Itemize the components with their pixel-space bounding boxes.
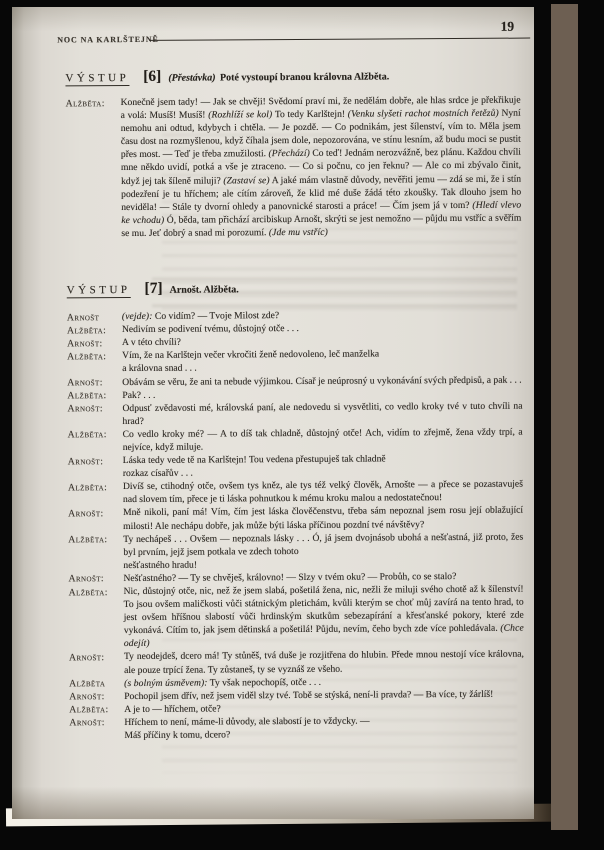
speaker-label: Arnošt: [69, 717, 105, 730]
dialogue-text: Vím, že na Karlštejn večer vkročiti ženě… [122, 349, 379, 362]
speech: Alžběta:Nic, důstojný otče, nic, než že … [124, 583, 524, 651]
scene-label: VÝSTUP [65, 72, 129, 86]
scene-intro: (Přestávka) Poté vystoupí branou královn… [168, 71, 389, 83]
speaker-label: Alžběta: [66, 97, 105, 110]
speaker-label: Alžběta: [67, 350, 106, 363]
scene-intro: Arnošt. Alžběta. [170, 284, 239, 295]
speaker-label: Alžběta: [69, 703, 108, 716]
dialogue-text: Ty však nepochopíš, otče . . . [208, 677, 322, 689]
scene-number: [6] [143, 68, 161, 85]
speaker-label: Arnošt: [67, 376, 103, 389]
scene-body: Arnošt(vejde): Co vidím? — Tvoje Milost … [122, 308, 525, 743]
speech: Alžběta:Ty nechápeš . . . Ovšem — nepozn… [123, 530, 523, 572]
dialogue-text: Nic, důstojný otče, nic, než že jsem sla… [124, 584, 524, 637]
speaker-label: Alžběta: [68, 481, 107, 494]
dialogue-text: a královna snad . . . [122, 363, 197, 374]
scene: VÝSTUP[7]Arnošt. Alžběta.Arnošt(vejde): … [59, 278, 534, 743]
speaker-label: Alžběta: [68, 429, 107, 442]
dialogue-text: Hříchem to není, máme-li důvody, ale sla… [124, 715, 369, 727]
dialogue-text: Ty nechápeš . . . Ovšem — nepoznals lásk… [123, 531, 523, 558]
speaker-label: Arnošt: [69, 651, 105, 664]
speaker-label: Alžběta: [67, 389, 106, 402]
dialogue-text: Láska tedy vede tě na Karlštejn! Tou ved… [123, 454, 386, 467]
stage-direction: (s bolným úsměvem): [124, 677, 207, 689]
page-header: NOC NA KARLŠTEJNĚ 19 [57, 26, 530, 45]
page-content: NOC NA KARLŠTEJNĚ 19 VÝSTUP[6](Přestávka… [57, 7, 534, 819]
speech: Arnošt:Ty neodejdeš, dcero má! Ty stůněš… [124, 648, 524, 677]
speaker-label: Alžběta: [69, 586, 108, 599]
stage-direction: (Zastaví se) [223, 175, 269, 186]
speaker-label: Arnošt: [69, 690, 105, 703]
scene-header: VÝSTUP[7]Arnošt. Alžběta. [59, 278, 532, 299]
stage-direction: (Přechází) [268, 148, 310, 159]
page-stack-edge [551, 4, 578, 830]
stage-direction: (Přestávka) [168, 72, 218, 83]
book-page: NOC NA KARLŠTEJNĚ 19 VÝSTUP[6](Přestávka… [12, 7, 534, 819]
speech: Alžběta:Co vedlo kroky mé? — A to díš ta… [123, 425, 523, 454]
speaker-label: Arnošt [67, 311, 100, 324]
scenes: VÝSTUP[6](Přestávka) Poté vystoupí brano… [57, 66, 534, 743]
speaker-label: Arnošt: [67, 402, 103, 415]
speech: Arnošt:Hříchem to není, máme-li důvody, … [124, 714, 524, 743]
scene-number: [7] [144, 280, 162, 297]
speech: Arnošt:Láska tedy vede tě na Karlštejn! … [123, 452, 523, 481]
dialogue-text: Mně nikoli, paní má! Vím, čím jest láska… [123, 505, 523, 532]
header-rule [149, 38, 530, 41]
scene: VÝSTUP[6](Přestávka) Poté vystoupí brano… [57, 66, 531, 241]
running-head: NOC NA KARLŠTEJNĚ [57, 35, 159, 45]
dialogue-text: Nešťastného? — Ty se chvěješ, královno! … [123, 571, 456, 584]
dialogue-text: nešťastného hradu! [123, 559, 197, 570]
speaker-label: Arnošt: [68, 573, 104, 586]
dialogue-text: Obávám se věru, že ani ta nebude výjimko… [122, 374, 521, 387]
dialogue-text: A je to — hříchem, otče? [124, 703, 221, 715]
speech: Arnošt:Odpusť zvědavosti mé, královská p… [122, 399, 522, 428]
speaker-label: Arnošt: [68, 507, 104, 520]
speech: Alžběta:Konečně jsem tady! — Jak se chvě… [121, 94, 522, 240]
speech: Arnošt:Mně nikoli, paní má! Vím, čím jes… [123, 504, 523, 533]
dialogue-text: To tedy Karlštejn! [272, 109, 348, 120]
speaker-label: Alžběta [69, 677, 105, 690]
dialogue-text: Ty neodejdeš, dcero má! Ty stůněš, tvá d… [124, 649, 524, 676]
scene-header: VÝSTUP[6](Přestávka) Poté vystoupí brano… [57, 66, 530, 87]
dialogue-text: Divíš se, ctihodný otče, ovšem tys kněz,… [123, 479, 523, 506]
speaker-label: Arnošt: [67, 337, 103, 350]
dialogue-text: Arnošt. Alžběta. [170, 284, 239, 295]
scene-body: Alžběta:Konečně jsem tady! — Jak se chvě… [121, 94, 522, 240]
stage-direction: (Venku slyšeti rachot mostních řetězů) [348, 108, 499, 120]
dialogue-text: Poté vystoupí branou královna Alžběta. [220, 71, 389, 83]
scene-label: VÝSTUP [67, 284, 131, 298]
stage-direction: (vejde): [122, 311, 153, 322]
stage-direction: (Jde mu vstříc) [269, 227, 328, 238]
dialogue-text: Pak? . . . [122, 389, 155, 400]
dialogue-text: Pochopil jsem dřív, než jsem viděl slzy … [124, 689, 493, 702]
book-photo: NOC NA KARLŠTEJNĚ 19 VÝSTUP[6](Přestávka… [0, 0, 604, 850]
speech: Alžběta:Divíš se, ctihodný otče, ovšem t… [123, 478, 523, 507]
speaker-label: Alžběta: [67, 324, 106, 337]
dialogue-text: A v této chvíli? [122, 337, 181, 348]
speaker-label: Arnošt: [68, 455, 104, 468]
page-number: 19 [501, 19, 515, 35]
dialogue-text: Co vedlo kroky mé? — A to díš tak chladn… [123, 426, 523, 453]
dialogue-text: Odpusť zvědavosti mé, královská paní, al… [122, 400, 522, 427]
speaker-label: Alžběta: [68, 533, 107, 546]
dialogue-text: Co vidím? — Tvoje Milost zde? [152, 310, 279, 322]
dialogue-text: rozkaz císařův . . . [123, 468, 193, 479]
speech: Alžběta:Vím, že na Karlštejn večer vkroč… [122, 347, 522, 376]
dialogue-text: Máš příčiny k tomu, dcero? [124, 729, 230, 741]
dialogue-text: Nedivím se podivení tvému, důstojný otče… [122, 323, 299, 335]
stage-direction: (Rozhlíží se kol) [208, 109, 272, 120]
